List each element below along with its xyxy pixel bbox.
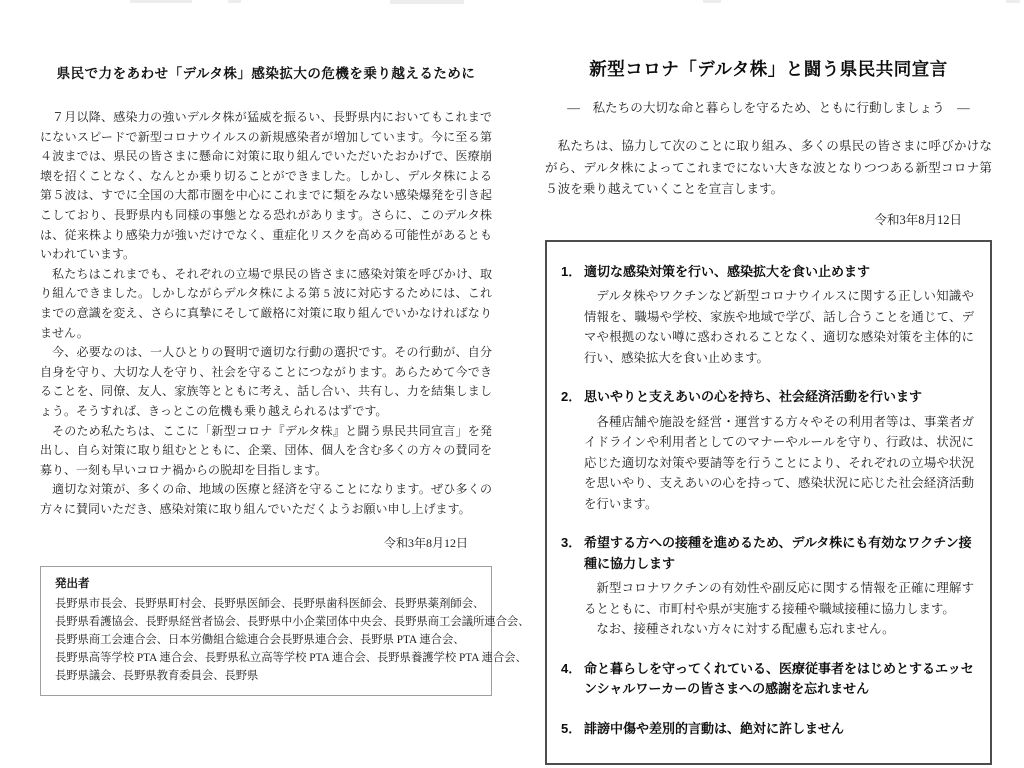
right-page-title: 新型コロナ「デルタ株」と闘う県民共同宣言 [545,56,992,81]
declaration-item: 3． 希望する方への接種を進めるため、デルタ株にも有効なワクチン接種に協力します… [561,533,974,640]
item-body: なお、接種されない方々に対する配慮も忘れません。 [584,619,974,640]
left-paragraph: ７月以降、感染力の強いデルタ株が猛威を振るい、長野県内においてもこれまでにないス… [40,108,492,265]
left-paragraph: 私たちはこれまでも、それぞれの立場で県民の皆さまに感染対策を呼びかけ、取り組んで… [40,265,492,343]
page-right: 新型コロナ「デルタ株」と闘う県民共同宣言 ― 私たちの大切な命と暮らしを守るため… [545,56,992,765]
declaration-box: 1． 適切な感染対策を行い、感染拡大を食い止めます デルタ株やワクチンなど新型コ… [545,240,992,766]
item-heading-text: 命と暮らしを守ってくれている、医療従事者をはじめとするエッセンシャルワーカーの皆… [584,659,974,700]
declaration-item: 4． 命と暮らしを守ってくれている、医療従事者をはじめとするエッセンシャルワーカ… [561,659,974,700]
scan-artifact [1006,0,1020,3]
scan-artifact [390,0,464,4]
item-heading: 2． 思いやりと支えあいの心を持ち、社会経済活動を行います [561,387,974,408]
item-number: 3． [561,533,584,574]
issuer-line: 長野県看護協会、長野県経営者協会、長野県中小企業団体中央会、長野県商工会議所連合… [55,614,479,632]
left-page-date: 令和3年8月12日 [40,534,468,551]
item-body: 新型コロナワクチンの有効性や副反応に関する情報を正確に理解するとともに、市町村や… [584,578,974,619]
issuer-line: 長野県市長会、長野県町村会、長野県医師会、長野県歯科医師会、長野県薬剤師会、 [55,596,479,614]
declaration-item: 5． 誹謗中傷や差別的言動は、絶対に許しません [561,719,974,740]
item-body: 各種店舗や施設を経営・運営する方々やその利用者等は、事業者ガイドラインや利用者と… [584,412,974,515]
left-paragraph: 今、必要なのは、一人ひとりの賢明で適切な行動の選択です。その行動が、自分自身を守… [40,343,492,421]
scan-artifact [228,0,241,3]
declaration-intro: 私たちは、協力して次のことに取り組み、多くの県民の皆さまに呼びかけながら、デルタ… [545,136,992,201]
left-page-title: 県民で力をあわせ「デルタ株」感染拡大の危機を乗り越えるために [40,62,492,82]
scan-artifact [703,0,721,3]
page-left: 県民で力をあわせ「デルタ株」感染拡大の危機を乗り越えるために ７月以降、感染力の… [40,62,492,696]
issuer-box-heading: 発出者 [55,575,479,591]
left-paragraph: そのため私たちは、ここに「新型コロナ『デルタ株』と闘う県民共同宣言」を発出し、自… [40,422,492,481]
document-spread: 県民で力をあわせ「デルタ株」感染拡大の危機を乗り越えるために ７月以降、感染力の… [0,0,1024,768]
right-page-subtitle: ― 私たちの大切な命と暮らしを守るため、ともに行動しましょう ― [545,97,992,116]
item-heading: 4． 命と暮らしを守ってくれている、医療従事者をはじめとするエッセンシャルワーカ… [561,659,974,700]
item-number: 1． [561,262,584,283]
issuer-line: 長野県議会、長野県教育委員会、長野県 [55,668,479,686]
scan-artifact [130,0,192,3]
issuer-line: 長野県商工会連合会、日本労働組合総連合会長野県連合会、長野県 PTA 連合会、 [55,632,479,650]
item-number: 2． [561,387,584,408]
left-paragraph: 適切な対策が、多くの命、地域の医療と経済を守ることになります。ぜひ多くの方々に賛… [40,480,492,519]
item-heading-text: 誹謗中傷や差別的言動は、絶対に許しません [584,719,974,740]
item-heading: 5． 誹謗中傷や差別的言動は、絶対に許しません [561,719,974,740]
right-page-date: 令和3年8月12日 [545,210,962,228]
item-heading-text: 思いやりと支えあいの心を持ち、社会経済活動を行います [584,387,974,408]
item-heading: 1． 適切な感染対策を行い、感染拡大を食い止めます [561,262,974,283]
issuer-box: 発出者 長野県市長会、長野県町村会、長野県医師会、長野県歯科医師会、長野県薬剤師… [40,566,492,696]
item-number: 4． [561,659,584,700]
item-body: デルタ株やワクチンなど新型コロナウイルスに関する正しい知識や情報を、職場や学校、… [584,286,974,368]
item-number: 5． [561,719,584,740]
item-heading: 3． 希望する方への接種を進めるため、デルタ株にも有効なワクチン接種に協力します [561,533,974,574]
issuer-line: 長野県高等学校 PTA 連合会、長野県私立高等学校 PTA 連合会、長野県養護学… [55,650,479,668]
item-heading-text: 希望する方への接種を進めるため、デルタ株にも有効なワクチン接種に協力します [584,533,974,574]
item-heading-text: 適切な感染対策を行い、感染拡大を食い止めます [584,262,974,283]
declaration-item: 2． 思いやりと支えあいの心を持ち、社会経済活動を行います 各種店舗や施設を経営… [561,387,974,514]
declaration-item: 1． 適切な感染対策を行い、感染拡大を食い止めます デルタ株やワクチンなど新型コ… [561,262,974,369]
